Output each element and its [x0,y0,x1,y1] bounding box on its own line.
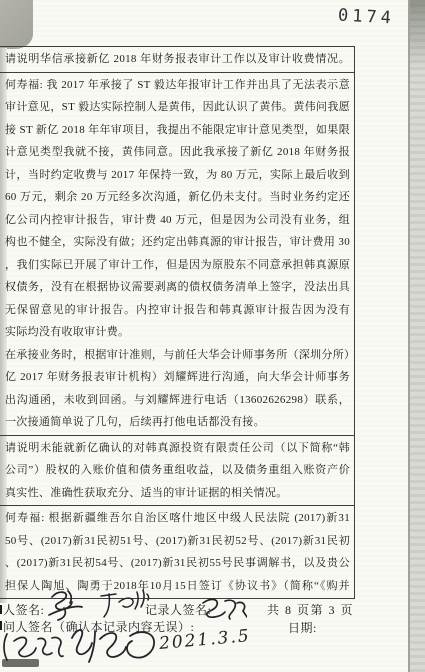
document-line: 无保留意见的审计报告。内控审计报告和韩真源审计报告因为没有 [5,299,350,322]
document-table: 请说明华信承接新亿 2018 年财务报表审计工作以及审计收费情况。何寿福: 我 … [0,46,355,599]
document-line: 60 万元，剩余 20 万元经多次沟通，新亿仍未支付。当时业务约定还 [5,186,350,209]
interviewer-sign-label: 人签名: [3,601,44,618]
scan-corner-shadow [0,0,33,49]
document-line: 何寿福: 根据新疆维吾尔自治区喀什地区中级人民法院 (2017)新31 [5,507,350,530]
interviewer-signature-a [44,588,96,621]
document-line: 在承接业务时，根据审计准则，与前任大华会计师事务所（深圳分所） [5,344,350,367]
cut-character-remnant [0,605,2,614]
document-line: 接 ST 新亿 2018 年年审项目，我提出不能限定审计意见类型，如果限 [5,119,350,142]
document-line: 出沟通函，未收到回函。与刘耀辉进行电话（13602626298）联系， [5,389,350,412]
interviewee-signature-a [2,629,64,664]
document-line: 亿公司内控审计报告，审计费 40 万元，但是因为公司没有业务，组 [5,209,350,232]
document-line: 请说明华信承接新亿 2018 年财务报表审计工作以及审计收费情况。 [5,48,350,71]
document-line: 50号、(2017)新31民初51号、(2017)新31民初52号、(2017)… [5,530,350,553]
document-line: 实际均没有收取审计费。 [5,321,350,344]
document-row-answer-4: 何寿福: 根据新疆维吾尔自治区喀什地区中级人民法院 (2017)新3150号、(… [0,506,354,599]
interviewee-signature-b [66,624,158,665]
document-line: 真实性、准确性获取充分、适当的审计证据的相关情况。 [5,482,350,505]
document-row-answer-2: 何寿福: 我 2017 年承接了 ST 毅达年报审计工作并出具了无法表示意审计意… [0,73,354,436]
document-line: 权债务，没有在根据协议需要剥离的债权债务清单上签字，没法出具 [5,276,350,299]
document-line: 公司”）股权的入账价值和债务重组收益，以及债务重组入账资产价 [5,459,350,482]
document-line: 计，当时约定收费与 2017 年保持一致，为 80 万元，实际上最后收到 [5,164,350,187]
document-row-question-3: 请说明未能就新亿确认的对韩真源投资有限责任公司（以下简称“韩公司”）股权的入账价… [0,436,354,507]
pagination-text: 共 8 页第 3 页 [267,601,354,618]
document-row-question-1: 请说明华信承接新亿 2018 年财务报表审计工作以及审计收费情况。 [0,47,354,73]
document-line: 亿 2017 年财务报表审计机构）刘耀辉进行沟通，向大华会计师事务 [5,366,350,389]
document-line: 、(2017)新31民初54号、(2017)新31民初55号民事调解书，以及贵公 [5,552,350,575]
date-label: 日期: [288,619,317,636]
document-line: ，我们实际已开展了审计工作，但是因为原股东不同意承担韩真源原 [5,254,350,277]
recorder-signature [197,595,247,621]
document-line: 计意见类型我就不接，黄伟同意。因此我承接了新亿 2018 年财务报 [5,141,350,164]
page-number-stamp: 0174 [338,6,396,29]
document-line: 请说明未能就新亿确认的对韩真源投资有限责任公司（以下简称“韩 [5,437,350,460]
document-line: 审计意见，ST 毅达实际控制人是黄伟，因此认识了黄伟。黄伟问我愿 [5,96,350,119]
document-line: 何寿福: 我 2017 年承接了 ST 毅达年报审计工作并出具了无法表示意 [5,74,350,97]
document-line: 一次接通简单说了几句，后续再打他电话都没有接。 [5,411,350,434]
interviewer-signature-b [97,587,151,618]
scan-right-edge [408,0,425,672]
document-line: 构也不健全，实际没有做；还约定出韩真源的审计报告，审计费用 30 [5,231,350,254]
